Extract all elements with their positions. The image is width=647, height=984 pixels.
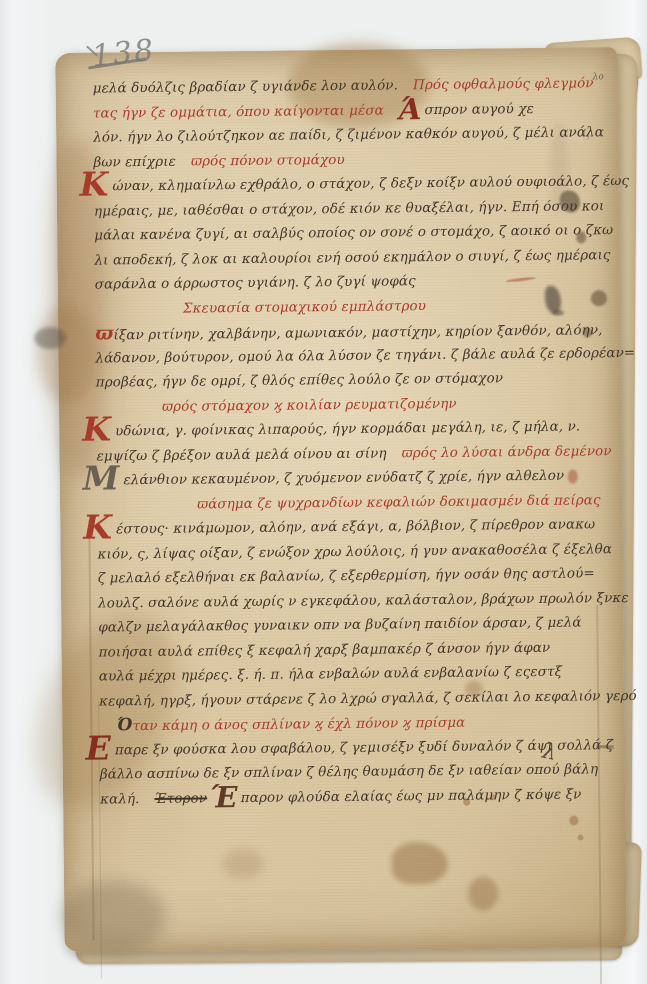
scanned-manuscript-photo: λ ϛ μελά δυόλζις βραδίαν ζ υγιάνδε λον α…: [0, 0, 647, 984]
body-text: λι αποδεκή, ζ λοκ αι καλουρίοι ενή οσού …: [94, 247, 610, 268]
body-text: σαράνλα ο άρρωστος υγιάνη. ζ λο ζυγί ψοφ…: [95, 273, 416, 292]
body-text: υδώνια, γ. φοίνικας λιπαρούς, ήγν κορμάδ…: [115, 418, 580, 439]
body-text: σπρον αυγού χε: [424, 100, 534, 117]
body-text: ποιήσαι αυλά επίθες ξ κεφαλή χαρξ βαμπακ…: [98, 639, 550, 660]
stain: [222, 849, 264, 879]
body-text: κεφαλή, ηγρξ, ήγουν στάρενε ζ λο λχρώ σγ…: [99, 687, 637, 709]
body-text: μελά δυόλζις βραδίαν ζ υγιάνδε λον αυλόν…: [93, 77, 398, 96]
body-text: εμψίζω ζ βρέξον αυλά μελά οίνου αι σίνη: [96, 445, 386, 464]
text-block: μελά δυόλζις βραδίαν ζ υγιάνδε λον αυλόν…: [93, 71, 606, 811]
rubric-text: Πρός οφθαλμούς φλεγμόν: [413, 75, 594, 93]
stain: [62, 880, 167, 953]
folio-number-pencil: 138: [90, 33, 157, 74]
pi-initial: ϖ: [95, 322, 113, 344]
rubric-text: ϖρός λο λύσαι άνδρα δεμένον: [402, 443, 612, 461]
stain: [36, 305, 99, 404]
body-text: λόν. ήγν λο ζιλούτζηκον αε παίδι, ζ ζιμέ…: [93, 124, 604, 145]
struck-word: Έτορον: [154, 790, 207, 807]
rubric-text: ταν κάμη ο άνος σπλίναν ϗ έχλ πόνον ϗ πρ…: [132, 715, 465, 734]
body-text: ίξαν ριτίνην, χαλβάνην, αμωνιακόν, μαστί…: [113, 322, 602, 343]
body-text: μάλαι κανένα ζυγί, αι σαλβύς οποίος ον σ…: [94, 222, 613, 243]
body-text: ημέραις, με, ιαθέσθαι ο στάχον, οδέ κιόν…: [94, 198, 605, 219]
rubric-text: τας ήγν ζε ομμάτια, όπου καίγονται μέσα: [93, 102, 384, 121]
body-text: βάλλο ασπίνω δε ξν σπλίναν ζ θέλης θαυμά…: [100, 761, 598, 782]
body-text: ζ μελαλό εξελθήναι εκ βαλανίω, ζ εξερθερ…: [98, 565, 595, 586]
body-text: φαλζν μελαγάλακθος γυναικν οπν να βυζαίν…: [98, 614, 581, 635]
section-initial: Ό: [117, 715, 132, 735]
body-text: παρε ξν φούσκα λου σφαβάλου, ζ γεμισέξν …: [115, 737, 613, 758]
body-text: ώναν, κλημαίνλω εχθράλο, ο στάχον, ζ δεξ…: [112, 173, 629, 194]
rubric-text: Σκευασία στομαχικού εμπλάστρου: [183, 298, 426, 317]
manuscript-line: καλή.ΈτορονΈπαρον φλούδα ελαίας έως μν π…: [100, 782, 605, 812]
foxing-spot: [578, 834, 584, 840]
body-text: έστους· κινάμωμον, αλόην, ανά εξάγι, α, …: [116, 516, 595, 537]
rubric-text: ϖρός στόμαχον ϗ κοιλίαν ρευματιζομένην: [162, 395, 457, 414]
stain: [392, 842, 448, 885]
foxing-spot: [569, 816, 578, 826]
body-text: λουλζ. σαλόνε αυλά χωρίς ν εγκεφάλου, κα…: [98, 589, 629, 611]
stain: [468, 876, 498, 910]
body-text: λάδανον, βούτυρον, ομού λα όλα λύσον ζε …: [95, 344, 635, 366]
rubric-text: ϖάσημα ζε ψυχρανδίων κεφαλιών δοκιμασμέν…: [197, 492, 601, 512]
superscript-note: λο: [593, 72, 604, 82]
body-text: κιόν, ς, λίψας οίξαν, ζ ενώξον χρω λούλο…: [97, 541, 612, 562]
body-text: καλή.: [100, 791, 140, 807]
body-text: προβέας, ήγν δε ομρί, ζ θλός επίθες λούλ…: [96, 370, 503, 390]
body-text: ελάνθιον κεκαυμένον, ζ χυόμενον ενύδατζ …: [123, 468, 564, 489]
rubric-text: ϖρός πόνον στομάχου: [191, 151, 345, 169]
manuscript-page: λ ϛ μελά δυόλζις βραδίαν ζ υγιάνδε λον α…: [55, 47, 626, 953]
body-text: αυλά μέχρι ημέρες. ξ. ή. π. ήλα ενβαλών …: [99, 664, 562, 685]
body-text: παρον φλούδα ελαίας έως μν παλάμην ζ κόψ…: [241, 786, 582, 806]
